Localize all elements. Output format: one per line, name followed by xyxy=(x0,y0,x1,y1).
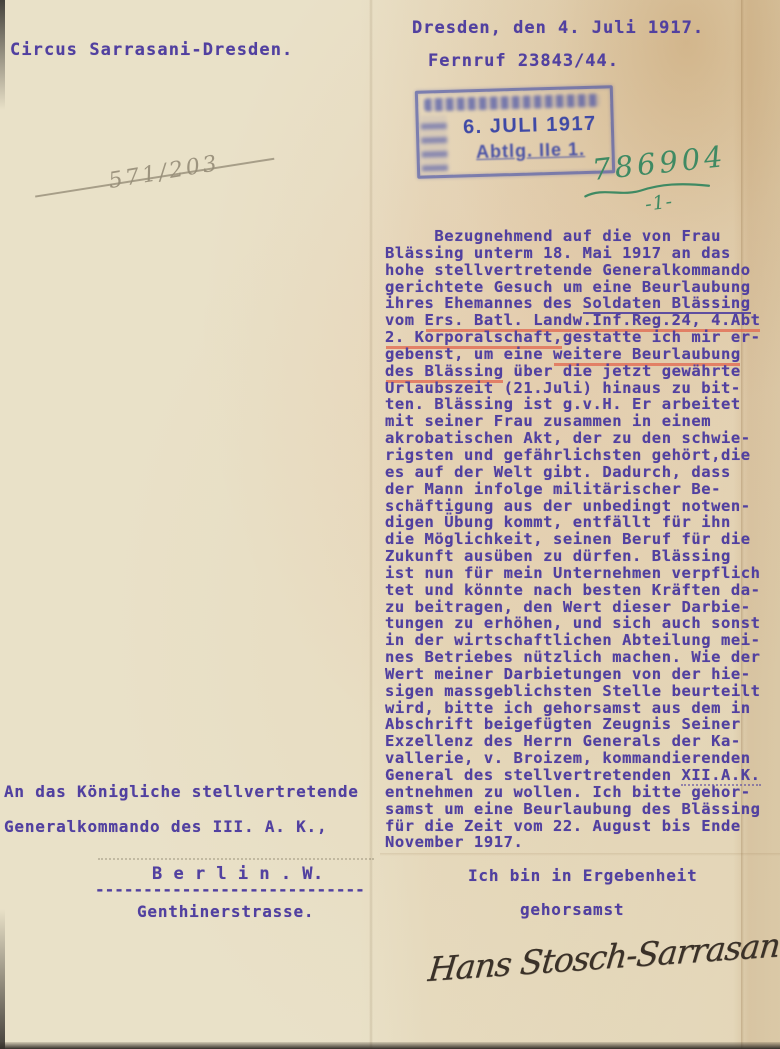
body-line: des Blässing über die jetzt gewährte xyxy=(385,363,775,380)
closing-line2: gehorsamst xyxy=(520,900,624,919)
stamp-date: 6. JULI 1917 xyxy=(453,112,608,139)
recipient-line1: An das Königliche stellvertretende xyxy=(4,782,359,801)
body-line: November 1917. xyxy=(385,834,775,851)
closing-line1: Ich bin in Ergebenheit xyxy=(468,866,698,885)
underlined-text-red: 2. Korporalschaft, xyxy=(385,328,563,346)
body-line: entnehmen zu wollen. Ich bitte gehor- xyxy=(385,784,775,801)
signature-handwritten: Hans Stosch-Sarrasani xyxy=(426,926,769,989)
body-line: gerichtete Gesuch um eine Beurlaubung xyxy=(385,279,775,296)
body-line: ist nun für mein Unternehmen verpflich xyxy=(385,565,775,582)
body-line: vallerie, v. Broizem, kommandierenden xyxy=(385,750,775,767)
body-line: nes Betriebes nützlich machen. Wie der xyxy=(385,649,775,666)
letter-body: Bezugnehmend auf die von FrauBlässing un… xyxy=(385,228,775,851)
body-line: ihres Ehemannes des Soldaten Blässing xyxy=(385,295,775,312)
entry-stamp: 6. JULI 1917 Abtlg. IIe 1. xyxy=(415,85,615,178)
body-line: tet und könnte nach besten Kräften da- xyxy=(385,582,775,599)
phone-number: Fernruf 23843/44. xyxy=(428,45,704,78)
body-line: der Mann infolge militärischer Be- xyxy=(385,481,775,498)
body-line: schäftigung aus der unbedingt notwen- xyxy=(385,498,775,515)
underlined-text-red: weitere Beurlaubung xyxy=(553,345,741,363)
page-number-handwritten: -1- xyxy=(644,190,674,215)
body-line: samst um eine Beurlaubung des Blässing xyxy=(385,801,775,818)
scan-edge-left-top xyxy=(0,0,5,110)
body-line: General des stellvertretenden XII.A.K. xyxy=(385,767,775,784)
faint-dotted-line xyxy=(98,858,374,860)
body-line: Bezugnehmend auf die von Frau xyxy=(385,228,775,245)
recipient-street: Genthinerstrasse. xyxy=(137,902,314,921)
city-dashed-underline: ---------------------------- xyxy=(95,880,365,899)
body-line: digen Übung kommt, entfällt für ihn xyxy=(385,514,775,531)
body-line: Urlaubszeit (21.Juli) hinaus zu bit- xyxy=(385,380,775,397)
body-line: gebenst, um eine weitere Beurlaubung xyxy=(385,346,775,363)
body-line: die Möglichkeit, seinen Beruf für die xyxy=(385,531,775,548)
letter-page: Circus Sarrasani-Dresden. Dresden, den 4… xyxy=(0,0,780,1049)
body-line: ten. Blässing ist g.v.H. Er arbeitet xyxy=(385,396,775,413)
pencil-number-crossed-out: 571/203 xyxy=(107,151,222,194)
body-line: wird, bitte ich gehorsamst aus dem in xyxy=(385,700,775,717)
body-line: Blässing unterm 18. Mai 1917 an das xyxy=(385,245,775,262)
body-line: tungen zu erhöhen, und sich auch sonst xyxy=(385,615,775,632)
body-line: Zukunft ausüben zu dürfen. Blässing xyxy=(385,548,775,565)
body-line: mit seiner Frau zusammen in einem xyxy=(385,413,775,430)
sender-name: Circus Sarrasani-Dresden. xyxy=(10,40,293,60)
body-line: es auf der Welt gibt. Dadurch, dass xyxy=(385,464,775,481)
stamp-department: Abtlg. IIe 1. xyxy=(453,138,608,163)
underlined-text-red: Ers. Batl. Landw.Inf.Reg.24, 4.Abt xyxy=(425,311,761,329)
body-line: vom Ers. Batl. Landw.Inf.Reg.24, 4.Abt xyxy=(385,312,775,329)
horizontal-crease xyxy=(380,853,780,856)
body-line: Wert meiner Darbietungen von der hie- xyxy=(385,666,775,683)
body-line: Abschrift beigefügten Zeugnis Seiner xyxy=(385,716,775,733)
body-line: rigsten und gefährlichsten gehört,die xyxy=(385,447,775,464)
body-line: Exzellenz des Herrn Generals der Ka- xyxy=(385,733,775,750)
recipient-line2: Generalkommando des III. A. K., xyxy=(4,817,327,836)
body-line: zu beitragen, den Wert dieser Darbie- xyxy=(385,599,775,616)
body-line: 2. Korporalschaft,gestatte ich mir er- xyxy=(385,329,775,346)
body-line: sigen massgeblichsten Stelle beurteilt xyxy=(385,683,775,700)
body-line: hohe stellvertretende Generalkommando xyxy=(385,262,775,279)
date-city: Dresden, den 4. Juli 1917. xyxy=(412,12,704,45)
scan-edge-bottom xyxy=(0,1042,780,1049)
stamp-smudge xyxy=(421,115,449,172)
body-line: für die Zeit vom 22. August bis Ende xyxy=(385,818,775,835)
body-line: in der wirtschaftlichen Abteilung mei- xyxy=(385,632,775,649)
dateline: Dresden, den 4. Juli 1917. Fernruf 23843… xyxy=(412,12,704,78)
scan-edge-left-bottom xyxy=(0,909,5,1049)
stamp-smudged-header xyxy=(424,94,600,112)
underlined-text-red: des Blässing xyxy=(385,362,504,380)
vertical-crease xyxy=(369,0,373,1049)
body-line: akrobatischen Akt, der zu den schwie- xyxy=(385,430,775,447)
